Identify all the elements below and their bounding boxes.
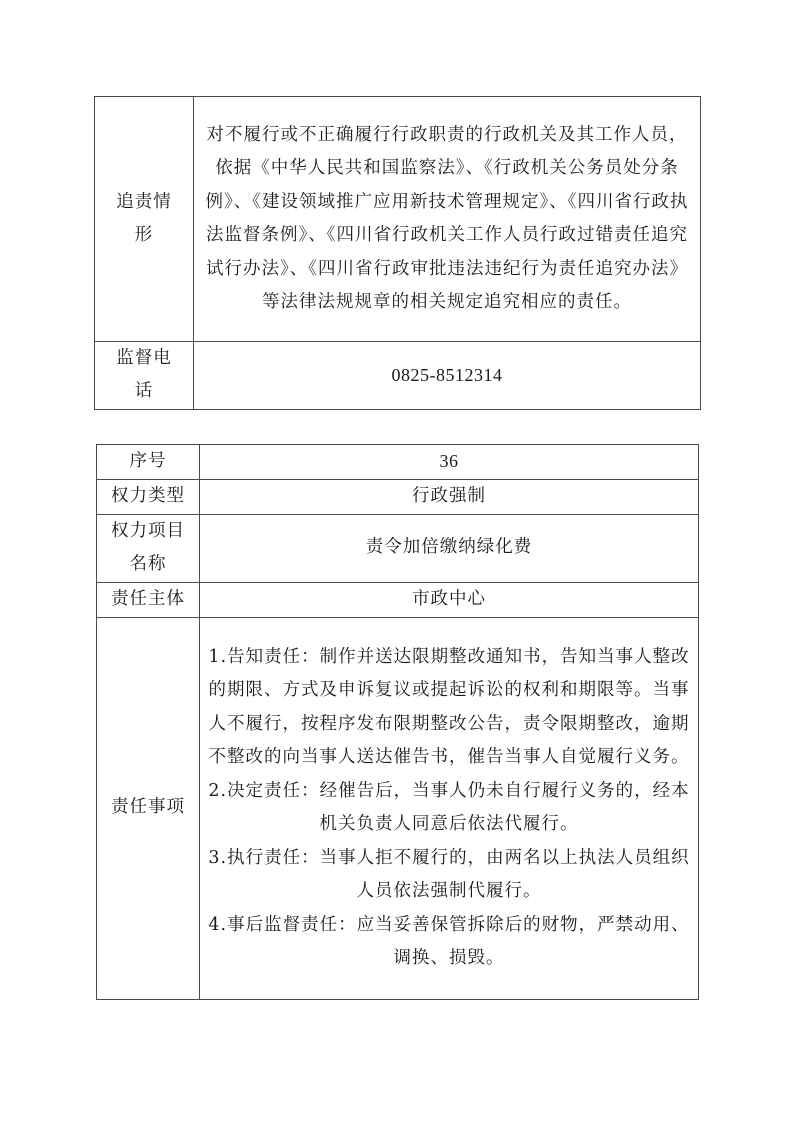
table-row: 责任主体 市政中心 [97,582,699,617]
row-label-responsibility-items: 责任事项 [97,617,200,999]
row-label-power-item-name: 权力项目名称 [97,514,200,582]
row-value-accountability-cases: 对不履行或不正确履行行政职责的行政机关及其工作人员，依据《中华人民共和国监察法》… [194,97,701,342]
row-label-responsible-entity: 责任主体 [97,582,200,617]
row-label-accountability-cases: 追责情形 [95,97,194,342]
row-label-supervision-phone: 监督电话 [95,342,194,410]
responsibility-item-notify: 1.告知责任：制作并送达限期整改通知书，告知当事人整改的期限、方式及申诉复议或提… [208,641,690,775]
row-value-serial-number: 36 [200,445,699,480]
accountability-table-continued: 追责情形 对不履行或不正确履行行政职责的行政机关及其工作人员，依据《中华人民共和… [94,96,701,410]
row-label-serial-number: 序号 [97,445,200,480]
responsibility-item-decide: 2.决定责任：经催告后，当事人仍未自行履行义务的，经本机关负责人同意后依法代履行… [208,775,690,842]
row-value-responsible-entity: 市政中心 [200,582,699,617]
row-label-power-type: 权力类型 [97,479,200,514]
row-value-power-item-name: 责令加倍缴纳绿化费 [200,514,699,582]
table-row: 监督电话 0825-8512314 [95,342,701,410]
row-value-power-type: 行政强制 [200,479,699,514]
row-value-supervision-phone: 0825-8512314 [194,342,701,410]
table-row: 责任事项 1.告知责任：制作并送达限期整改通知书，告知当事人整改的期限、方式及申… [97,617,699,999]
table-row: 权力类型 行政强制 [97,479,699,514]
table-row: 序号 36 [97,445,699,480]
row-value-responsibility-items: 1.告知责任：制作并送达限期整改通知书，告知当事人整改的期限、方式及申诉复议或提… [200,617,699,999]
responsibility-item-execute: 3.执行责任：当事人拒不履行的，由两名以上执法人员组织人员依法强制代履行。 [208,842,690,909]
table-row: 权力项目名称 责令加倍缴纳绿化费 [97,514,699,582]
responsibility-item-supervise: 4.事后监督责任：应当妥善保管拆除后的财物，严禁动用、调换、损毁。 [208,909,690,976]
power-item-table: 序号 36 权力类型 行政强制 权力项目名称 责令加倍缴纳绿化费 责任主体 市政… [96,444,699,1000]
table-row: 追责情形 对不履行或不正确履行行政职责的行政机关及其工作人员，依据《中华人民共和… [95,97,701,342]
